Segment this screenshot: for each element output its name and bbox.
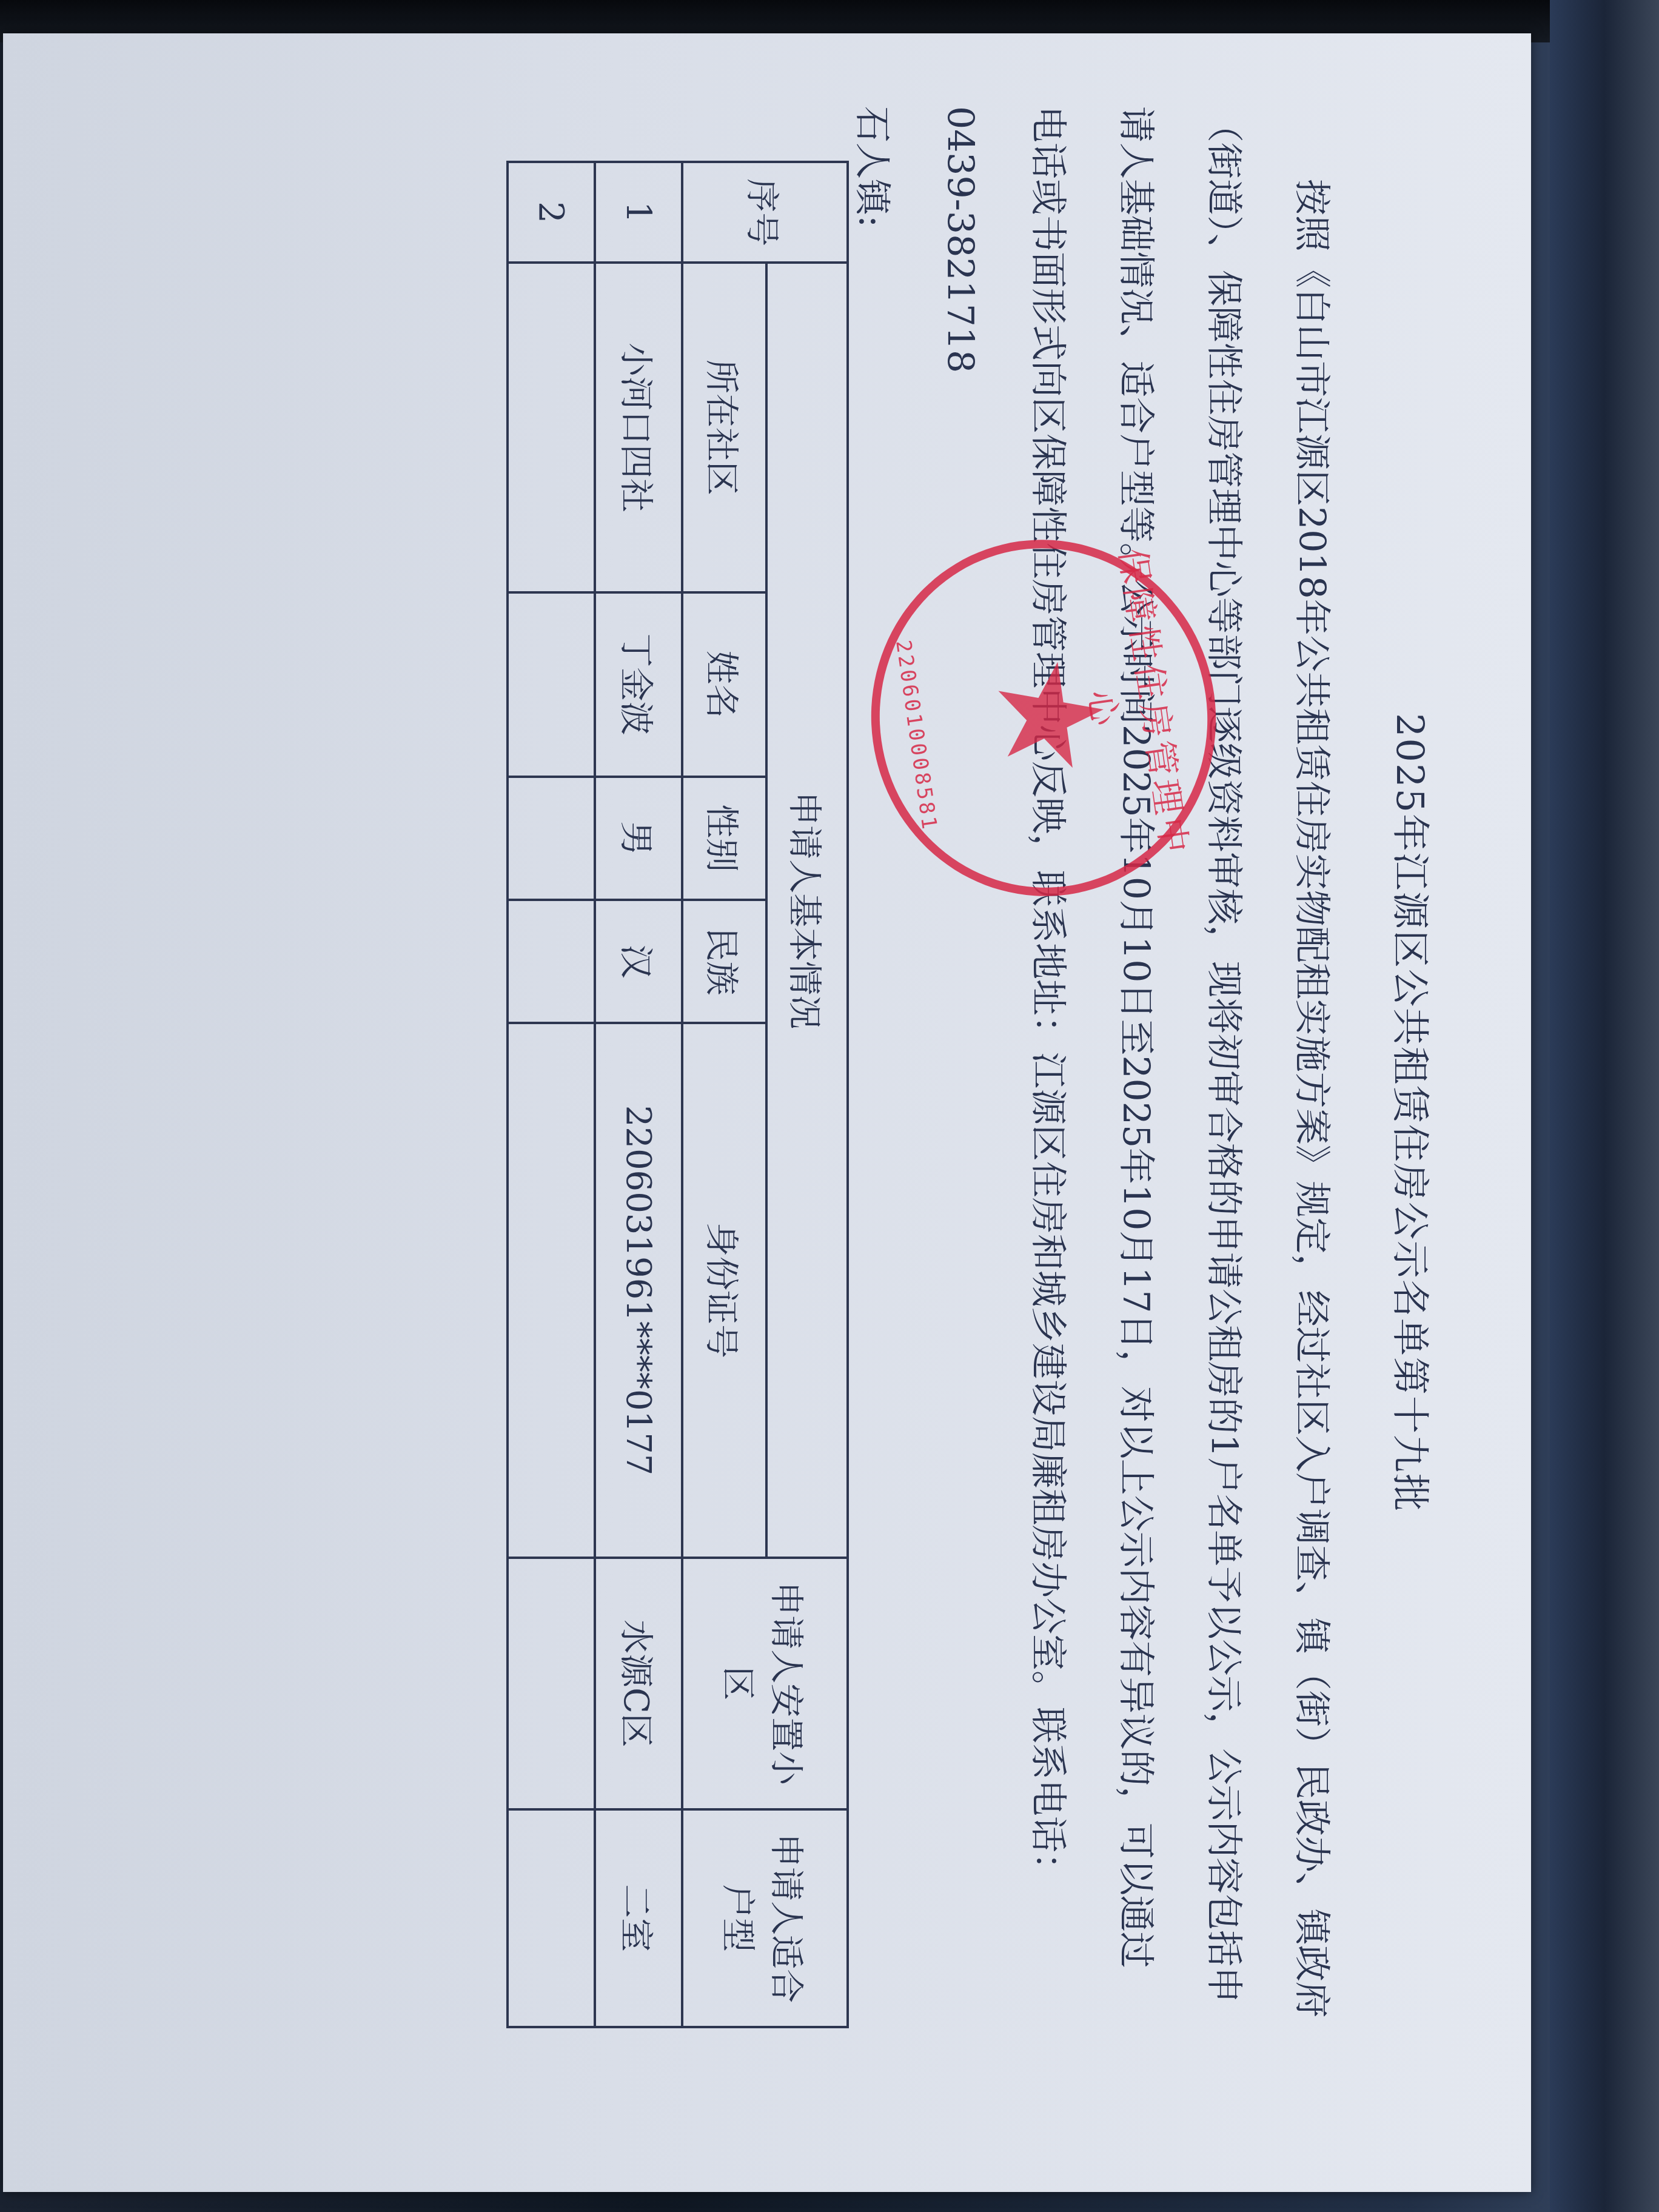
- header-name: 姓名: [682, 592, 766, 777]
- header-community: 所在社区: [682, 263, 766, 592]
- contact-phone: 0439-3821718: [916, 106, 1004, 2071]
- cell-unit-type: 二室: [595, 1809, 682, 2027]
- cell-gender: [508, 777, 595, 900]
- document-page: 2025年江源区公共租赁住房公示名单第十九批 按照《白山市江源区2018年公共租…: [3, 33, 1531, 2192]
- star-icon: ★: [973, 645, 1128, 788]
- cell-ethnicity: 汉: [595, 900, 682, 1023]
- cell-name: [508, 592, 595, 777]
- body-line: （街道）、保障性住房管理中心等部门逐级资料审核，现将初审合格的申请公租房的1户名…: [1179, 106, 1267, 2071]
- cell-community: 小河口四社: [595, 263, 682, 592]
- header-seq: 序号: [682, 162, 848, 263]
- table-header-row: 序号 申请人基本情况 申请人安置小区 申请人适合户型: [766, 162, 848, 2027]
- table-row: 1 小河口四社 丁金波 男 汉 2206031961****0177 水源C区 …: [595, 162, 682, 2027]
- cell-settlement: [508, 1558, 595, 1809]
- body-line: 请人基础情况、适合户型等。公示时间2025年10月10日至2025年10月17日…: [1091, 106, 1179, 2071]
- header-group: 申请人基本情况: [766, 263, 848, 1558]
- cell-unit-type: [508, 1809, 595, 2027]
- cell-id-number: [508, 1023, 595, 1558]
- cell-seq: 1: [595, 162, 682, 263]
- cell-name: 丁金波: [595, 592, 682, 777]
- table-row: 2: [508, 162, 595, 2027]
- cell-seq: 2: [508, 162, 595, 263]
- header-id-number: 身份证号: [682, 1023, 766, 1558]
- applicant-table: 序号 申请人基本情况 申请人安置小区 申请人适合户型 所在社区 姓名 性别 民族…: [506, 161, 849, 2028]
- page-title: 2025年江源区公共租赁住房公示名单第十九批: [1386, 33, 1440, 2192]
- cell-gender: 男: [595, 777, 682, 900]
- body-line: 按照《白山市江源区2018年公共租赁住房实物配租实施方案》规定，经过社区入户调查…: [1267, 106, 1355, 2071]
- cell-community: [508, 263, 595, 592]
- header-unit-type: 申请人适合户型: [682, 1809, 848, 2027]
- header-settlement: 申请人安置小区: [682, 1558, 848, 1809]
- cell-id-number: 2206031961****0177: [595, 1023, 682, 1558]
- body-line: 电话或书面形式向区保障性住房管理中心反映，联系地址：江源区住房和城乡建设局廉租房…: [1004, 106, 1091, 2071]
- cell-settlement: 水源C区: [595, 1558, 682, 1809]
- background-fabric: [1550, 0, 1659, 2212]
- header-gender: 性别: [682, 777, 766, 900]
- cell-ethnicity: [508, 900, 595, 1023]
- notice-body: 按照《白山市江源区2018年公共租赁住房实物配租实施方案》规定，经过社区入户调查…: [828, 106, 1355, 2071]
- header-ethnicity: 民族: [682, 900, 766, 1023]
